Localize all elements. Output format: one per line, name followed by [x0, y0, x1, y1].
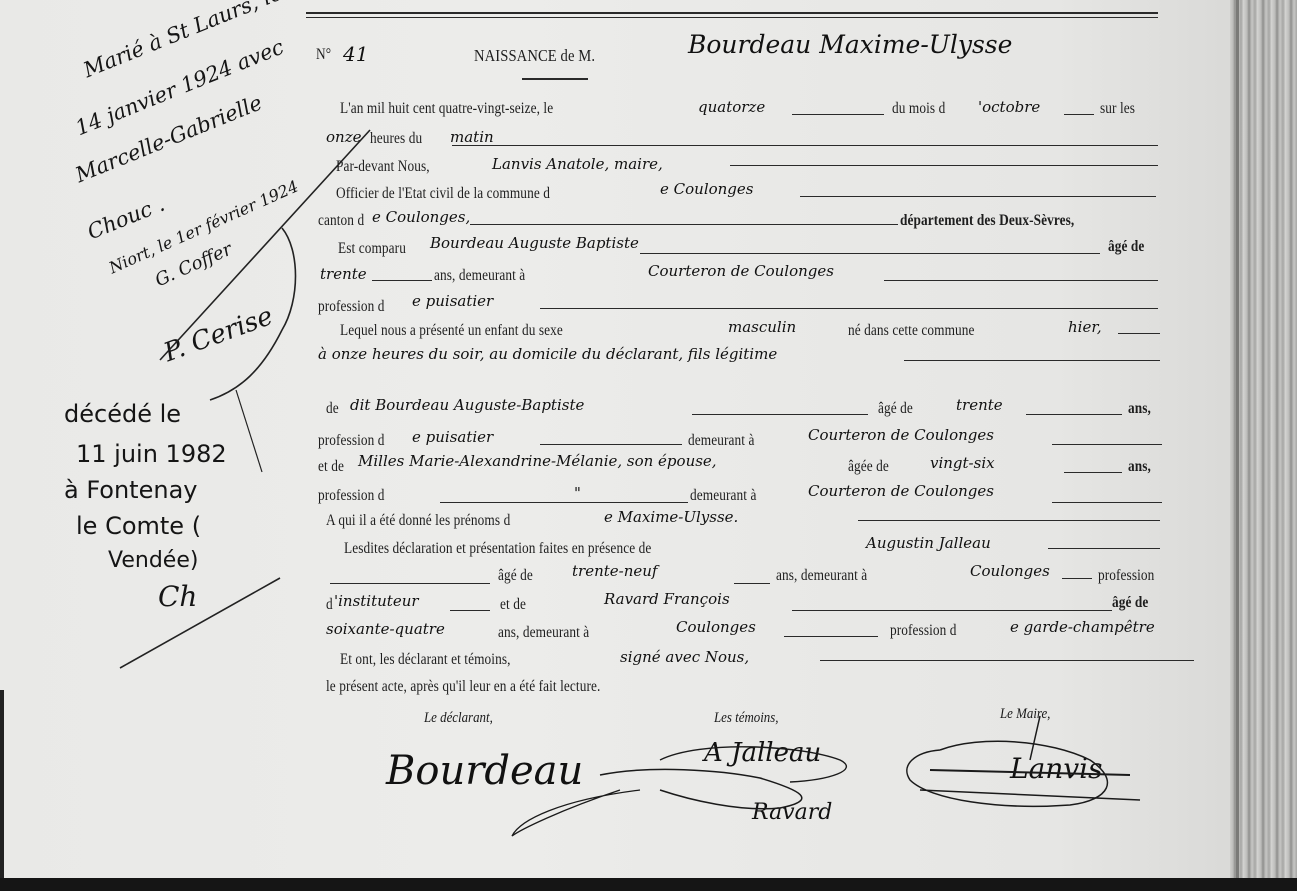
book-binding: [1230, 0, 1297, 891]
signature-flourishes: [0, 0, 1240, 891]
